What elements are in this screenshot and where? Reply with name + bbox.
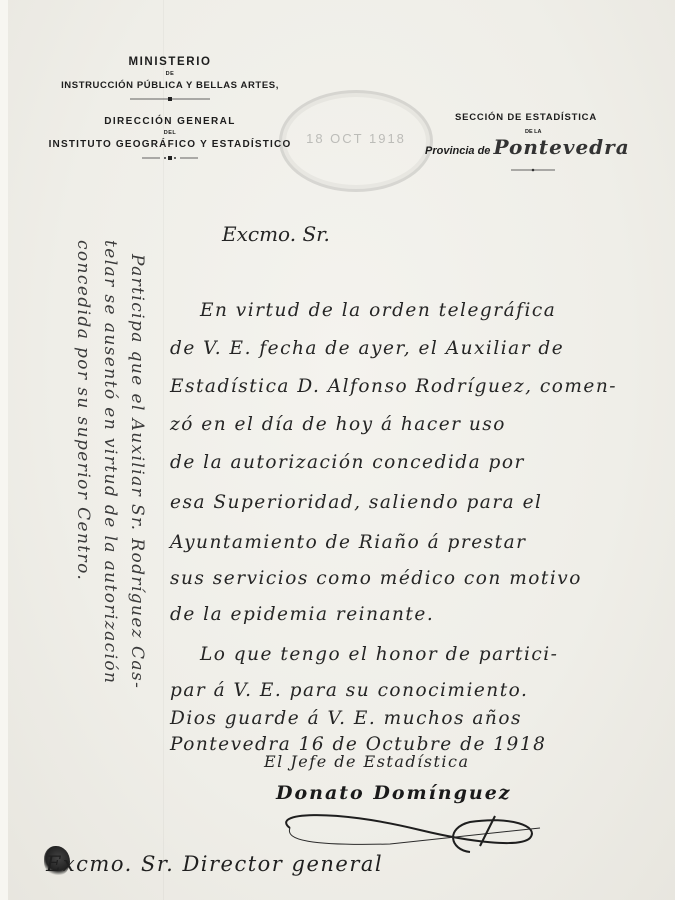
section-header: SECCIÓN DE ESTADÍSTICA DE LA Provincia d…	[425, 112, 665, 173]
direction-title: DIRECCIÓN GENERAL	[30, 116, 310, 127]
provincia-label: Provincia de	[425, 145, 490, 157]
margin-note-line: Participa que el Auxiliar Sr. Rodríguez …	[123, 240, 150, 710]
stamp-date: 18 OCT 1918	[282, 131, 430, 146]
body-line: Estadística D. Alfonso Rodríguez, comen-	[170, 376, 617, 397]
ministry-name: INSTRUCCIÓN PÚBLICA Y BELLAS ARTES,	[30, 80, 310, 91]
body-line: par á V. E. para su conocimiento.	[170, 680, 528, 701]
ministry-title: MINISTERIO	[30, 56, 310, 68]
salutation: Excmo. Sr.	[222, 222, 330, 246]
body-line: zó en el día de hoy á hacer uso	[170, 414, 506, 435]
body-line: de la autorización concedida por	[170, 452, 525, 473]
direction-del: DEL	[30, 130, 310, 136]
date-stamp: 18 OCT 1918	[279, 90, 433, 192]
provincia-line: Provincia de Pontevedra	[425, 135, 665, 159]
margin-note: Participa que el Auxiliar Sr. Rodríguez …	[60, 240, 150, 710]
provincia-value: Pontevedra	[493, 135, 629, 159]
body-line: esa Superioridad, saliendo para el	[170, 492, 542, 513]
section-title: SECCIÓN DE ESTADÍSTICA	[455, 112, 665, 123]
signatory-name: Donato Domínguez	[276, 782, 512, 804]
ornament-divider-icon	[142, 155, 198, 161]
letterhead: MINISTERIO DE INSTRUCCIÓN PÚBLICA Y BELL…	[30, 56, 310, 161]
body-line: de la epidemia reinante.	[170, 604, 434, 625]
signature-flourish-icon	[270, 808, 550, 858]
addressee: Excmo. Sr. Director general	[46, 852, 383, 876]
body-line: En virtud de la orden telegráfica	[200, 300, 556, 321]
margin-note-line: concedida por su superior Centro.	[69, 240, 96, 710]
ornament-divider-icon	[511, 167, 555, 173]
signatory-title: El Jefe de Estadística	[264, 752, 470, 771]
body-line: Lo que tengo el honor de partici-	[200, 644, 558, 665]
body-line: Ayuntamiento de Riaño á prestar	[170, 532, 526, 553]
body-line: sus servicios como médico con motivo	[170, 568, 582, 589]
body-line: Dios guarde á V. E. muchos años	[170, 708, 522, 729]
margin-note-line: telar se ausentó en virtud de la autoriz…	[96, 240, 123, 710]
body-line: de V. E. fecha de ayer, el Auxiliar de	[170, 338, 564, 359]
ornament-divider-icon	[130, 96, 210, 102]
ministry-de: DE	[30, 71, 310, 77]
institute-name: INSTITUTO GEOGRÁFICO Y ESTADÍSTICO	[30, 139, 310, 150]
